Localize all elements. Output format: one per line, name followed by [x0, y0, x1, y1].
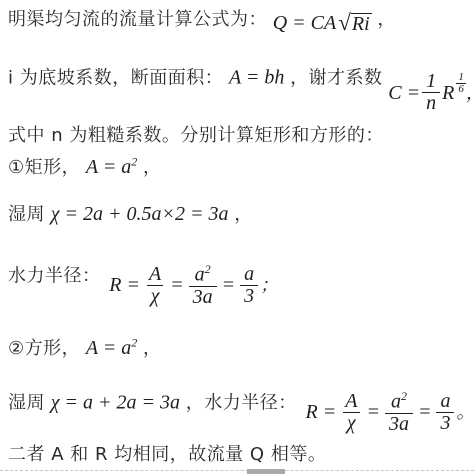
roughness-text: 式中 n 为粗糙系数。分别计算矩形和方形的： — [8, 125, 384, 146]
formula-square-perimeter: χ = a + 2a = 3a — [51, 391, 180, 413]
fraction-one-over-n: 1 n — [422, 71, 440, 114]
fraction-a-over-3: a 3 — [436, 391, 454, 434]
hydraulic-radius-label: ，水力半径： — [186, 392, 297, 413]
intro-text: 明渠均匀流的流量计算公式为： — [8, 9, 267, 30]
slope-text: i 为底坡系数，断面面积： — [8, 68, 223, 89]
equals-sign: = — [418, 400, 432, 424]
punctuation: ， — [377, 9, 396, 30]
equals-sign: = — [222, 273, 236, 297]
formula-square-area: A = a2 — [86, 337, 137, 359]
fraction-a-over-3: a 3 — [240, 264, 258, 307]
radicand: Ri — [351, 13, 372, 34]
formula-discharge: Q = CA √ Ri — [273, 11, 372, 35]
resize-handle[interactable] — [247, 469, 285, 474]
paragraph-rectangle: ①矩形， A = a2 ， — [8, 155, 161, 180]
conclusion-text: 二者 A 和 R 均相同，故流量 Q 相等。 — [8, 444, 326, 465]
wetted-perimeter-label: 湿周 — [8, 204, 45, 225]
fraction-A-over-chi: A χ — [341, 391, 361, 434]
formula-rect-perimeter: χ = 2a + 0.5a×2 = 3a — [51, 203, 229, 225]
exponent-denominator: 6 — [456, 83, 466, 95]
document-page: 明渠均匀流的流量计算公式为： Q = CA √ Ri ， i 为底坡系数，断面面… — [0, 0, 474, 474]
paragraph-roughness: 式中 n 为粗糙系数。分别计算矩形和方形的： — [8, 124, 384, 148]
exponent-numerator: 1 — [458, 72, 464, 83]
fraction-denominator: n — [422, 92, 440, 114]
radius-lhs: R = — [306, 400, 337, 424]
paragraph-discharge-formula: 明渠均匀流的流量计算公式为： Q = CA √ Ri ， — [8, 8, 396, 32]
equals-sign: = — [170, 273, 184, 297]
fraction-numerator: 1 — [422, 71, 440, 92]
formula-area-bh: A = bh — [229, 67, 284, 89]
punctuation: ， — [143, 157, 162, 178]
wetted-perimeter-label: 湿周 — [8, 392, 45, 413]
chezy-lhs: C = — [388, 81, 420, 105]
punctuation: 。 — [456, 400, 474, 424]
chezy-base: R — [442, 81, 454, 105]
superscript: 2 — [131, 154, 137, 168]
fraction-a2-over-3a: a2 3a — [189, 263, 217, 308]
punctuation: ； — [260, 273, 279, 297]
equals-sign: = — [366, 400, 380, 424]
paragraph-rect-radius: 水力半径： R = A χ = a2 3a = a 3 ； — [8, 254, 279, 299]
square-label: ②方形， — [8, 338, 80, 359]
square-root: √ Ri — [338, 13, 371, 34]
hydraulic-radius-label: 水力半径： — [8, 265, 101, 286]
paragraph-square-radius: 湿周 χ = a + 2a = 3a ，水力半径： R = A χ = a2 3… — [8, 381, 474, 426]
paragraph-chezy: i 为底坡系数，断面面积： A = bh ，谢才系数 C = 1 n R 1 6… — [8, 57, 474, 100]
punctuation: ， — [234, 204, 253, 225]
superscript: 2 — [131, 335, 137, 349]
formula-square-radius: R = A χ = a2 3a = a 3 。 — [303, 390, 474, 435]
formula-chezy: C = 1 n R 1 6 ， — [388, 71, 474, 114]
punctuation: ， — [143, 338, 162, 359]
formula-rect-radius: R = A χ = a2 3a = a 3 ； — [106, 263, 278, 308]
exponent-fraction: 1 6 — [456, 72, 466, 95]
fraction-a2-over-3a: a2 3a — [385, 390, 413, 435]
paragraph-rect-perimeter: 湿周 χ = 2a + 0.5a×2 = 3a ， — [8, 202, 253, 227]
radius-lhs: R = — [109, 273, 140, 297]
paragraph-square: ②方形， A = a2 ， — [8, 336, 161, 361]
dashed-divider — [0, 470, 474, 471]
chezy-text: ，谢才系数 — [290, 68, 383, 89]
formula-rect-area: A = a2 — [86, 156, 137, 178]
radical-sign-icon: √ — [338, 13, 351, 33]
fraction-A-over-chi: A χ — [145, 264, 165, 307]
formula-discharge-lhs: Q = CA — [273, 11, 337, 35]
rectangle-label: ①矩形， — [8, 157, 80, 178]
punctuation: ， — [466, 81, 474, 105]
paragraph-conclusion: 二者 A 和 R 均相同，故流量 Q 相等。 — [8, 443, 326, 467]
